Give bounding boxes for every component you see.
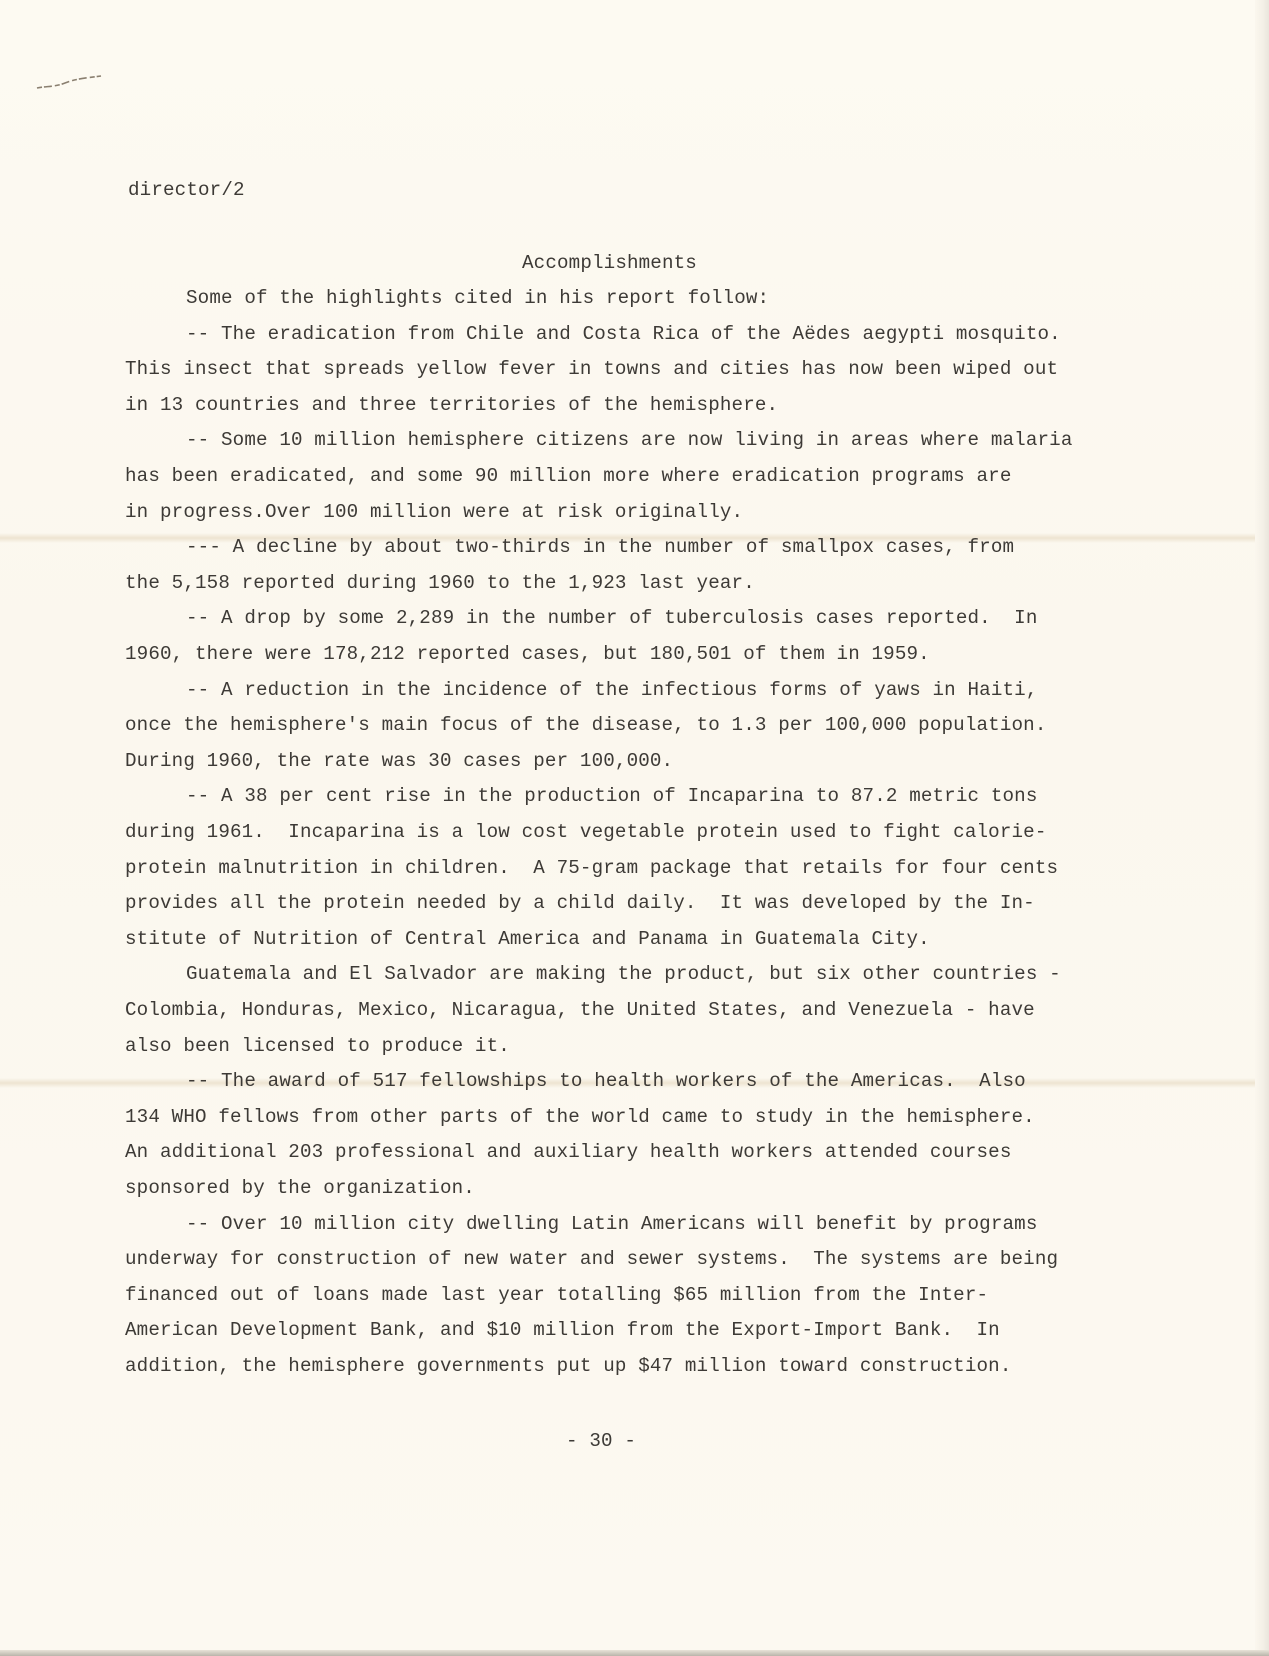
text-line: -- The eradication from Chile and Costa …: [186, 322, 1061, 346]
page-bottom-edge: [0, 1650, 1269, 1656]
text-line: -- Some 10 million hemisphere citizens a…: [186, 428, 1073, 452]
page-number: - 30 -: [566, 1429, 636, 1453]
text-line: Colombia, Honduras, Mexico, Nicaragua, t…: [125, 998, 1035, 1022]
text-line: addition, the hemisphere governments put…: [125, 1354, 1012, 1378]
text-line: during 1961. Incaparina is a low cost ve…: [125, 820, 1047, 844]
section-title: Accomplishments: [522, 251, 697, 275]
text-line: -- A 38 per cent rise in the production …: [186, 784, 1038, 808]
text-line: also been licensed to produce it.: [125, 1034, 510, 1058]
text-line: has been eradicated, and some 90 million…: [125, 464, 1012, 488]
text-line: An additional 203 professional and auxil…: [125, 1140, 1012, 1164]
text-line: 1960, there were 178,212 reported cases,…: [125, 642, 930, 666]
text-line: Guatemala and El Salvador are making the…: [186, 962, 1061, 986]
document-page: director/2 Accomplishments Some of the h…: [0, 0, 1269, 1656]
text-line: the 5,158 reported during 1960 to the 1,…: [125, 571, 755, 595]
text-line: -- Over 10 million city dwelling Latin A…: [186, 1212, 1038, 1236]
text-line: underway for construction of new water a…: [125, 1247, 1058, 1271]
text-line: in progress.Over 100 million were at ris…: [125, 500, 743, 524]
text-line: sponsored by the organization.: [125, 1176, 475, 1200]
text-line: Some of the highlights cited in his repo…: [186, 286, 769, 310]
text-line: financed out of loans made last year tot…: [125, 1283, 988, 1307]
text-line: in 13 countries and three territories of…: [125, 393, 778, 417]
text-line: American Development Bank, and $10 milli…: [125, 1318, 1000, 1342]
pencil-mark-icon: [35, 72, 105, 94]
text-line: protein malnutrition in children. A 75-g…: [125, 856, 1058, 880]
text-line: -- The award of 517 fellowships to healt…: [186, 1069, 1026, 1093]
header-reference: director/2: [128, 178, 245, 202]
text-line: stitute of Nutrition of Central America …: [125, 927, 930, 951]
text-line: During 1960, the rate was 30 cases per 1…: [125, 749, 673, 773]
text-line: This insect that spreads yellow fever in…: [125, 357, 1058, 381]
text-line: --- A decline by about two-thirds in the…: [186, 535, 1014, 559]
text-line: -- A reduction in the incidence of the i…: [186, 678, 1038, 702]
text-line: provides all the protein needed by a chi…: [125, 891, 1035, 915]
page-edge-shadow: [1255, 0, 1269, 1656]
text-line: -- A drop by some 2,289 in the number of…: [186, 606, 1038, 630]
text-line: once the hemisphere's main focus of the …: [125, 713, 1047, 737]
text-line: 134 WHO fellows from other parts of the …: [125, 1105, 1035, 1129]
